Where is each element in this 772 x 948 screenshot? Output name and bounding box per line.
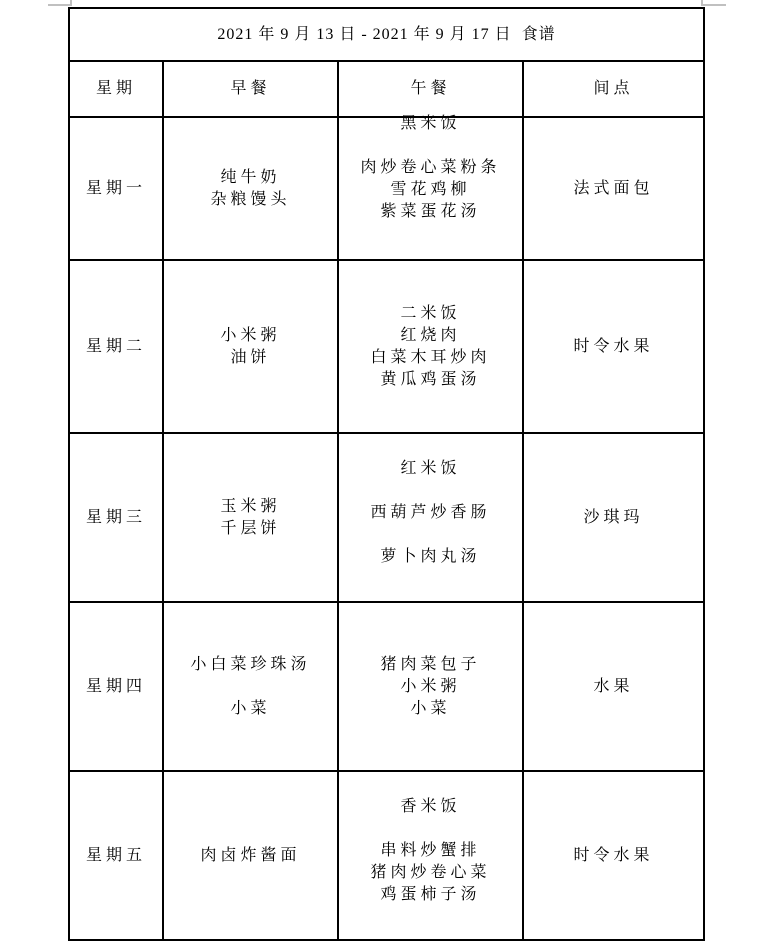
cell-friday-day: 星期五 bbox=[69, 771, 163, 940]
cell-thursday-day: 星期四 bbox=[69, 602, 163, 771]
table-header-row: 星期 早餐 午餐 间点 bbox=[69, 61, 704, 117]
monday-breakfast-text: 纯牛奶 杂粮馒头 bbox=[164, 167, 337, 211]
thursday-snack-text: 水果 bbox=[524, 676, 703, 698]
thursday-lunch-text: 猪肉菜包子 小米粥 小菜 bbox=[339, 654, 522, 720]
margin-crop-mark-top-right-h bbox=[702, 4, 726, 6]
friday-breakfast-text: 肉卤炸酱面 bbox=[164, 845, 337, 867]
cell-thursday-lunch: 猪肉菜包子 小米粥 小菜 bbox=[338, 602, 523, 771]
thursday-day-label: 星期四 bbox=[70, 676, 162, 698]
column-header-lunch: 午餐 bbox=[338, 61, 523, 117]
column-header-snack: 间点 bbox=[523, 61, 704, 117]
cell-title: 2021 年 9 月 13 日 - 2021 年 9 月 17 日 食谱 bbox=[69, 8, 704, 61]
table-row: 星期四 小白菜珍珠汤 小菜 猪肉菜包子 小米粥 小菜 水果 bbox=[69, 602, 704, 771]
cell-wednesday-day: 星期三 bbox=[69, 433, 163, 602]
thursday-breakfast-text: 小白菜珍珠汤 小菜 bbox=[164, 654, 337, 720]
tuesday-day-label: 星期二 bbox=[70, 336, 162, 358]
cell-monday-day: 星期一 bbox=[69, 117, 163, 260]
monday-day-label: 星期一 bbox=[70, 178, 162, 200]
margin-crop-mark-top-left-v bbox=[70, 0, 72, 6]
wednesday-breakfast-text: 玉米粥 千层饼 bbox=[164, 496, 337, 540]
table-row: 星期三 玉米粥 千层饼 红米饭 西葫芦炒香肠 萝卜肉丸汤 沙琪玛 bbox=[69, 433, 704, 602]
table-row: 星期一 纯牛奶 杂粮馒头 黑米饭 肉炒卷心菜粉条 雪花鸡柳 紫菜蛋花汤 法式面包 bbox=[69, 117, 704, 260]
monday-lunch-text: 黑米饭 肉炒卷心菜粉条 雪花鸡柳 紫菜蛋花汤 bbox=[339, 113, 522, 223]
table-row: 星期五 肉卤炸酱面 香米饭 串料炒蟹排 猪肉炒卷心菜 鸡蛋柿子汤 时令水果 bbox=[69, 771, 704, 940]
tuesday-lunch-text: 二米饭 红烧肉 白菜木耳炒肉 黄瓜鸡蛋汤 bbox=[339, 303, 522, 391]
cell-friday-lunch: 香米饭 串料炒蟹排 猪肉炒卷心菜 鸡蛋柿子汤 bbox=[338, 771, 523, 940]
cell-tuesday-snack: 时令水果 bbox=[523, 260, 704, 433]
cell-wednesday-breakfast: 玉米粥 千层饼 bbox=[163, 433, 338, 602]
wednesday-day-label: 星期三 bbox=[70, 507, 162, 529]
cell-monday-breakfast: 纯牛奶 杂粮馒头 bbox=[163, 117, 338, 260]
tuesday-snack-text: 时令水果 bbox=[524, 336, 703, 358]
column-header-lunch-label: 午餐 bbox=[339, 78, 522, 100]
column-header-snack-label: 间点 bbox=[524, 78, 703, 100]
cell-monday-snack: 法式面包 bbox=[523, 117, 704, 260]
table-title-row: 2021 年 9 月 13 日 - 2021 年 9 月 17 日 食谱 bbox=[69, 8, 704, 61]
cell-friday-breakfast: 肉卤炸酱面 bbox=[163, 771, 338, 940]
friday-snack-text: 时令水果 bbox=[524, 845, 703, 867]
cell-friday-snack: 时令水果 bbox=[523, 771, 704, 940]
cell-thursday-breakfast: 小白菜珍珠汤 小菜 bbox=[163, 602, 338, 771]
monday-snack-text: 法式面包 bbox=[524, 178, 703, 200]
tuesday-breakfast-text: 小米粥 油饼 bbox=[164, 325, 337, 369]
cell-tuesday-day: 星期二 bbox=[69, 260, 163, 433]
column-header-day: 星期 bbox=[69, 61, 163, 117]
column-header-day-label: 星期 bbox=[70, 78, 162, 100]
margin-crop-mark-top-left-h bbox=[48, 4, 72, 6]
menu-table: 2021 年 9 月 13 日 - 2021 年 9 月 17 日 食谱 星期 … bbox=[68, 7, 705, 941]
friday-lunch-text: 香米饭 串料炒蟹排 猪肉炒卷心菜 鸡蛋柿子汤 bbox=[339, 796, 522, 906]
cell-tuesday-breakfast: 小米粥 油饼 bbox=[163, 260, 338, 433]
wednesday-snack-text: 沙琪玛 bbox=[524, 507, 703, 529]
page-title: 2021 年 9 月 13 日 - 2021 年 9 月 17 日 食谱 bbox=[70, 25, 703, 45]
cell-wednesday-snack: 沙琪玛 bbox=[523, 433, 704, 602]
margin-crop-mark-top-right-v bbox=[701, 0, 703, 6]
wednesday-lunch-text: 红米饭 西葫芦炒香肠 萝卜肉丸汤 bbox=[339, 458, 522, 568]
column-header-breakfast-label: 早餐 bbox=[164, 78, 337, 100]
table-row: 星期二 小米粥 油饼 二米饭 红烧肉 白菜木耳炒肉 黄瓜鸡蛋汤 时令水果 bbox=[69, 260, 704, 433]
cell-thursday-snack: 水果 bbox=[523, 602, 704, 771]
cell-wednesday-lunch: 红米饭 西葫芦炒香肠 萝卜肉丸汤 bbox=[338, 433, 523, 602]
friday-day-label: 星期五 bbox=[70, 845, 162, 867]
column-header-breakfast: 早餐 bbox=[163, 61, 338, 117]
cell-tuesday-lunch: 二米饭 红烧肉 白菜木耳炒肉 黄瓜鸡蛋汤 bbox=[338, 260, 523, 433]
cell-monday-lunch: 黑米饭 肉炒卷心菜粉条 雪花鸡柳 紫菜蛋花汤 bbox=[338, 117, 523, 260]
